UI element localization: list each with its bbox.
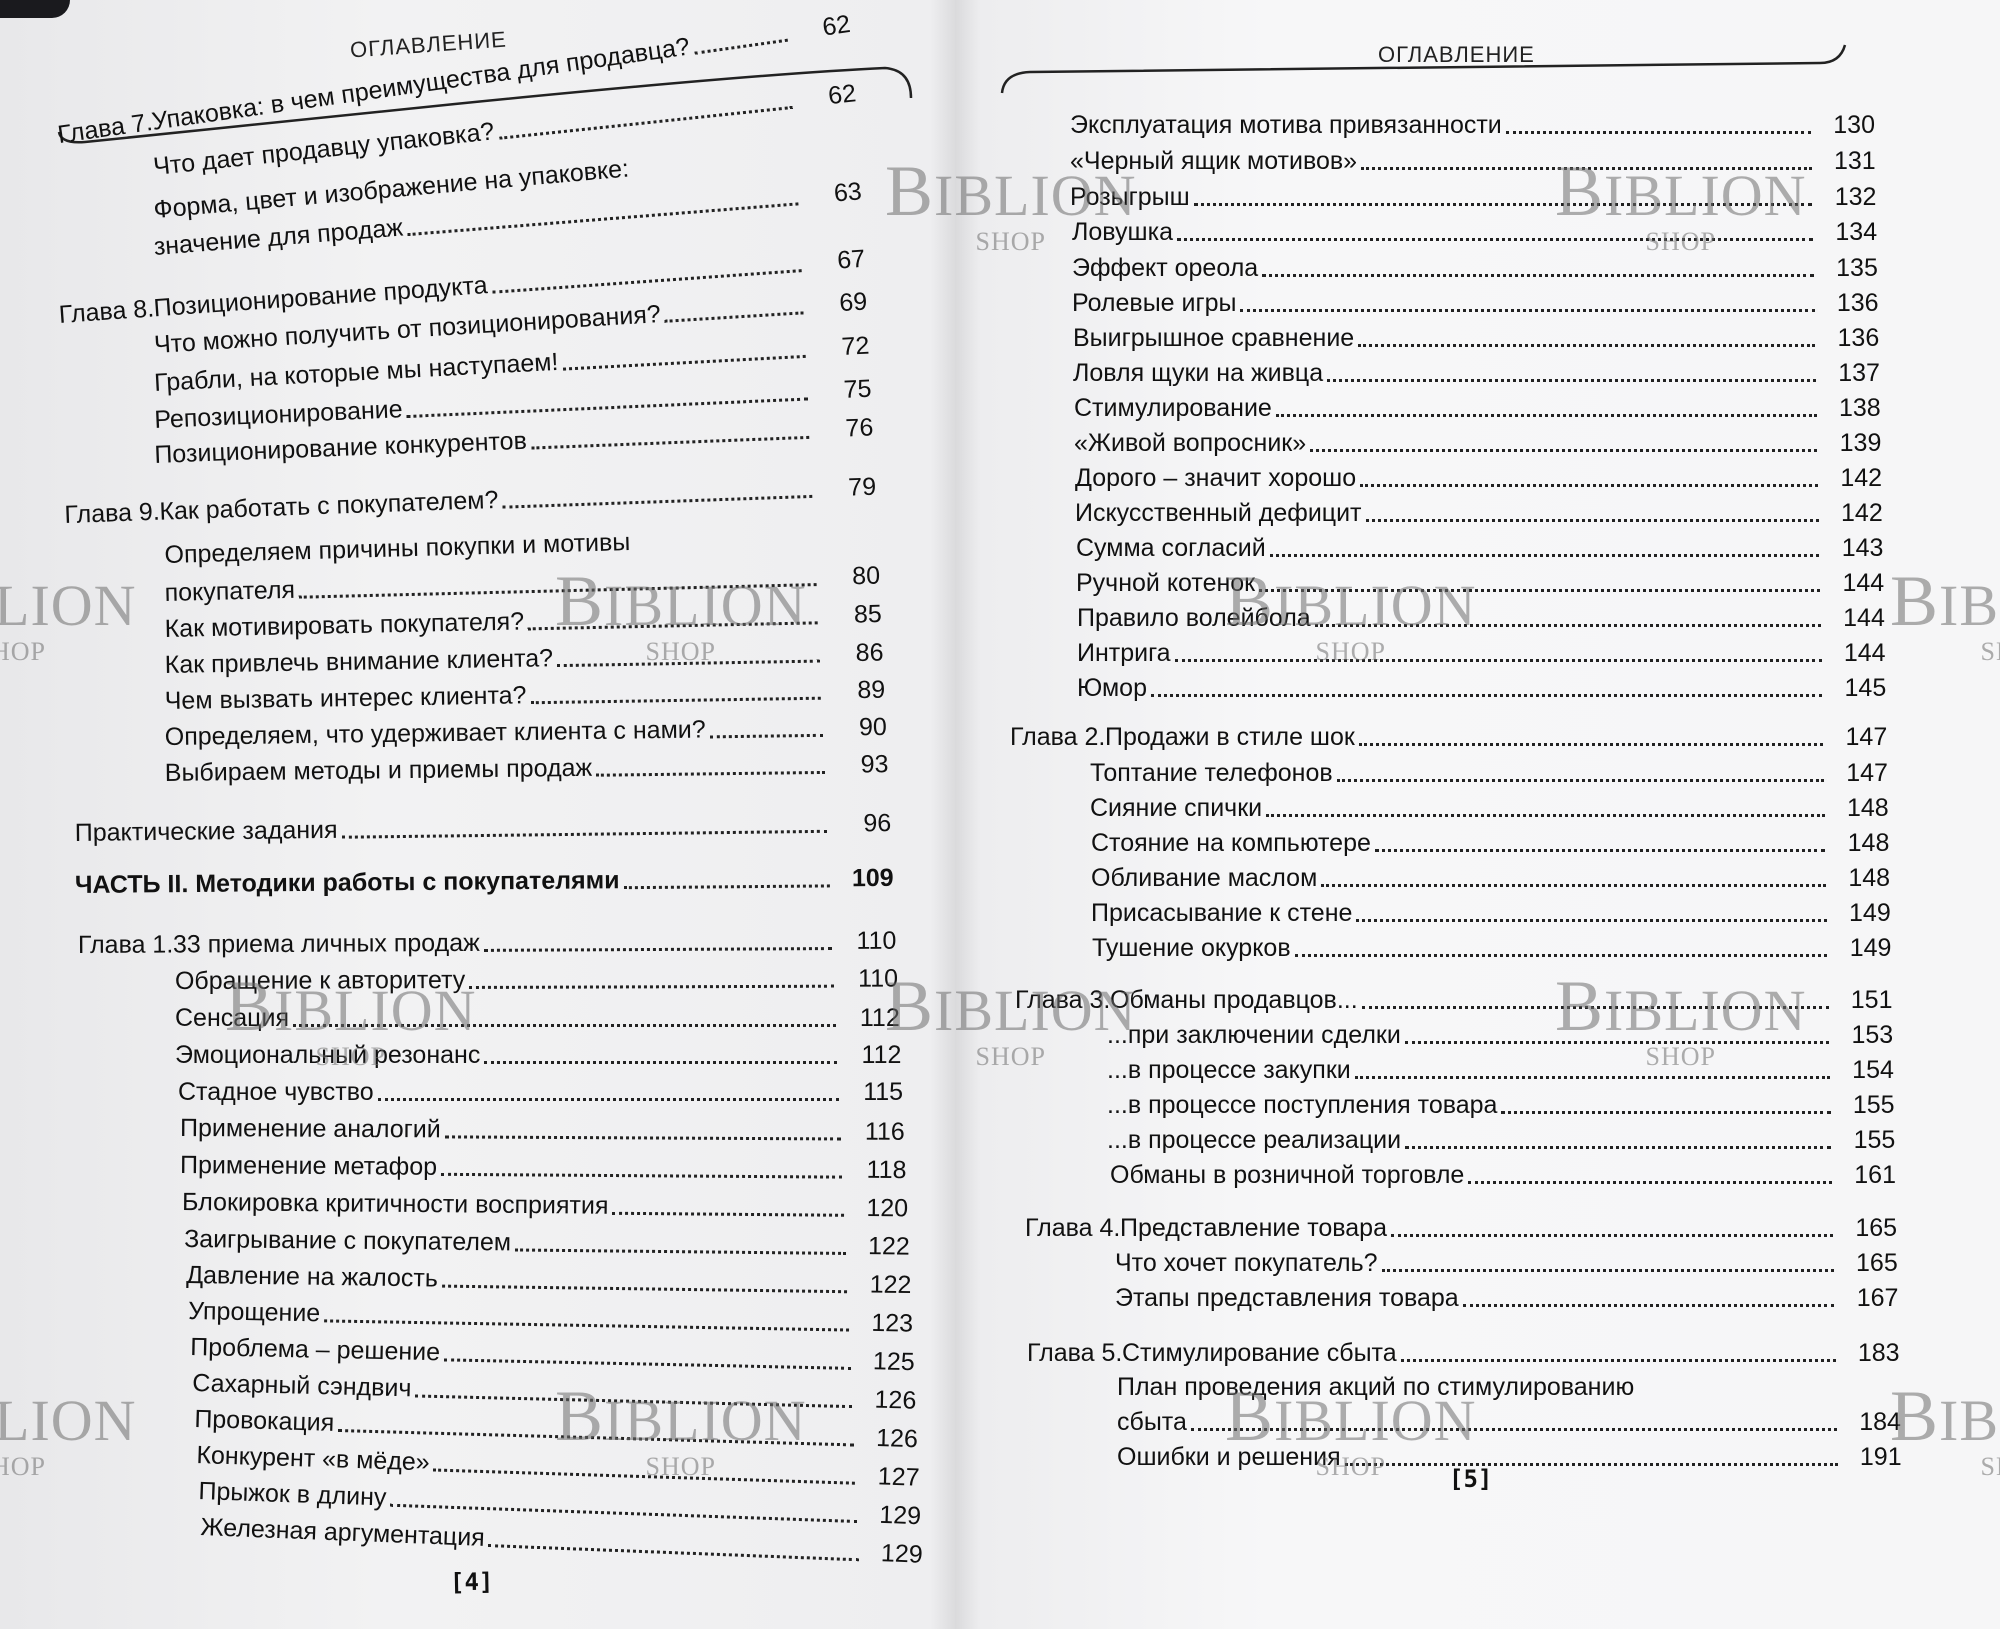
chapter-label: Глава 4.	[1025, 1213, 1120, 1243]
toc-entry: Выбираем методы и приемы продаж93	[165, 749, 889, 788]
leader-dots	[390, 1503, 857, 1523]
leader-dots	[1270, 553, 1820, 557]
page-ref: 89	[827, 675, 885, 706]
leader-dots	[624, 883, 830, 889]
toc-entry: ...в процессе реализации155	[1107, 1125, 1895, 1155]
toc-entry: Применение аналогий116	[180, 1113, 905, 1147]
entry-title: Эффект ореола	[1072, 253, 1258, 283]
page-ref: 129	[864, 1538, 923, 1570]
entry-title: Ловушка	[1072, 217, 1173, 247]
entry-title: Проблема – решение	[190, 1332, 440, 1367]
entry-title: Продажи в стиле шок	[1105, 722, 1355, 752]
leader-dots	[1375, 848, 1825, 852]
leader-dots	[433, 1467, 855, 1484]
toc-entry: ...в процессе поступления товара155	[1107, 1090, 1895, 1120]
toc-entry: Обманы в розничной торговле161	[1110, 1160, 1896, 1190]
entry-title: Розыгрыш	[1070, 182, 1190, 212]
page-ref: 131	[1818, 146, 1876, 176]
entry-title: Упрощение	[188, 1296, 320, 1328]
toc-entry: Сумма согласий143	[1076, 533, 1883, 563]
toc-entry: Заигрывание с покупателем122	[184, 1224, 910, 1262]
toc-entry: Дорого – значит хорошо142	[1075, 463, 1882, 493]
page-ref: 122	[853, 1269, 911, 1300]
toc-entry: Упрощение123	[188, 1296, 913, 1339]
chapter-label: Глава 3.	[1015, 985, 1110, 1015]
leader-dots	[484, 946, 833, 952]
entry-title: Ручной котенок	[1076, 568, 1255, 598]
page-ref	[803, 163, 861, 168]
page-ref: 132	[1818, 182, 1876, 212]
page-ref: 96	[833, 808, 891, 839]
page-ref: 85	[823, 599, 882, 630]
leader-dots	[1362, 1005, 1829, 1009]
toc-entry: Глава 9.Как работать с покупателем?79	[64, 472, 877, 530]
entry-title: Присасывание к стене	[1091, 898, 1352, 928]
leader-dots	[1359, 742, 1823, 746]
leader-dots	[1151, 693, 1822, 697]
entry-title: Провокация	[194, 1404, 335, 1438]
entry-title: Этапы представления товара	[1115, 1283, 1459, 1313]
entry-title: «Живой вопросник»	[1074, 428, 1306, 458]
leader-dots	[1391, 1233, 1833, 1237]
toc-entry: Как привлечь внимание клиента?86	[164, 637, 883, 680]
entry-title: Дорого – значит хорошо	[1075, 463, 1356, 493]
toc-entry: Ролевые игры136	[1072, 288, 1879, 318]
page-ref: 112	[843, 1040, 901, 1070]
leader-dots	[1358, 343, 1815, 347]
toc-entry: Ловля щуки на живца137	[1073, 358, 1880, 388]
entry-title: Стояние на компьютере	[1091, 828, 1371, 858]
leader-dots	[1356, 918, 1826, 922]
entry-title: Представление товара	[1120, 1213, 1387, 1243]
page-ref: 93	[830, 749, 888, 780]
entry-title: Заигрывание с покупателем	[184, 1224, 511, 1257]
entry-title: Стимулирование сбыта	[1122, 1338, 1397, 1368]
entry-title: Сияние спички	[1090, 793, 1262, 823]
entry-title: Интрига	[1077, 638, 1171, 668]
left-page: Оглавление Глава 7.Упаковка: в чем преим…	[0, 0, 955, 1629]
toc-entry: Ошибки и решения191	[1117, 1442, 1902, 1472]
leader-dots	[342, 829, 828, 839]
leader-dots	[445, 1134, 841, 1140]
entry-title: Стадное чувство	[178, 1077, 374, 1107]
toc-entry: Как мотивировать покупателя?85	[164, 599, 882, 644]
entry-title: Выигрышное сравнение	[1073, 323, 1354, 353]
leader-dots	[612, 1211, 844, 1217]
page-ref: 142	[1825, 498, 1883, 528]
leader-dots	[1345, 1462, 1838, 1466]
leader-dots	[1266, 813, 1825, 817]
leader-dots	[634, 545, 814, 551]
page-ref: 109	[835, 863, 893, 894]
toc-entry: Выигрышное сравнение136	[1073, 323, 1879, 353]
left-page-number: [4]	[450, 1568, 494, 1597]
page-ref: 142	[1824, 463, 1882, 493]
entry-title: Как работать с покупателем?	[159, 485, 499, 527]
leader-dots	[531, 435, 810, 450]
page-ref: 79	[818, 472, 877, 504]
entry-title: Применение метафор	[180, 1150, 437, 1182]
entry-title: Эксплуатация мотива привязанности	[1070, 110, 1502, 140]
page-ref: 136	[1821, 323, 1879, 353]
entry-title: Как привлечь внимание клиента?	[164, 643, 553, 680]
leader-dots	[1276, 413, 1817, 417]
leader-dots	[444, 1357, 851, 1370]
entry-title: Ловля щуки на живца	[1073, 358, 1323, 388]
leader-dots	[515, 1247, 846, 1254]
page-ref: 155	[1837, 1125, 1895, 1155]
leader-dots	[1361, 166, 1812, 170]
leader-dots	[528, 620, 818, 630]
entry-title: Что хочет покупатель?	[1115, 1248, 1378, 1278]
entry-title: Сумма согласий	[1076, 533, 1266, 563]
page-ref: 135	[1820, 253, 1878, 283]
page-ref: 69	[808, 286, 868, 319]
page-ref: 147	[1829, 722, 1887, 752]
page-ref: 129	[863, 1499, 922, 1531]
page-ref: 138	[1823, 393, 1881, 423]
toc-entry: Глава 5.Стимулирование сбыта183	[1027, 1338, 1900, 1368]
chapter-label: Глава 1.	[78, 930, 173, 960]
toc-entry: Ловушка134	[1072, 217, 1877, 247]
page-ref: 155	[1837, 1090, 1895, 1120]
page-ref: 67	[806, 244, 866, 278]
toc-entry: Обливание маслом148	[1091, 863, 1890, 893]
page-ref: 130	[1817, 110, 1875, 140]
toc-entry: Присасывание к стене149	[1091, 898, 1891, 928]
page-ref: 144	[1826, 568, 1884, 598]
leader-dots	[441, 1172, 842, 1179]
toc-entry: Розыгрыш132	[1070, 182, 1876, 212]
leader-dots	[407, 396, 808, 418]
page-ref: 72	[811, 331, 870, 364]
toc-entry: Обращение к авторитету110	[175, 963, 898, 996]
toc-entry: Эксплуатация мотива привязанности130	[1070, 110, 1875, 140]
entry-title: ...при заключении сделки	[1107, 1020, 1401, 1050]
leader-dots	[488, 1543, 858, 1561]
page-ref: 116	[847, 1116, 905, 1146]
page-ref	[821, 550, 879, 552]
page-ref: 80	[822, 561, 881, 592]
toc-entry: Глава 4.Представление товара165	[1025, 1213, 1897, 1243]
entry-title: сбыта	[1117, 1407, 1187, 1437]
page-ref: 75	[813, 374, 872, 407]
entry-title: Блокировка критичности восприятия	[182, 1187, 609, 1221]
entry-title: Выбираем методы и приемы продаж	[165, 753, 593, 788]
page-ref: 161	[1838, 1160, 1896, 1190]
leader-dots	[1463, 1303, 1835, 1307]
leader-dots	[1366, 518, 1819, 522]
toc-entry: Этапы представления товара167	[1115, 1283, 1898, 1313]
toc-entry: Что хочет покупатель?165	[1115, 1248, 1898, 1278]
page-ref: 126	[858, 1384, 917, 1415]
toc-entry: «Живой вопросник»139	[1074, 428, 1881, 458]
leader-dots	[1337, 778, 1824, 782]
leader-dots	[484, 1060, 837, 1064]
leader-dots	[1295, 953, 1828, 957]
leader-dots	[1405, 1040, 1829, 1044]
page-ref: 139	[1823, 428, 1881, 458]
toc-entry: Стояние на компьютере148	[1091, 828, 1889, 858]
page-ref: 122	[852, 1231, 910, 1262]
page-ref: 165	[1839, 1213, 1897, 1243]
leader-dots	[492, 268, 802, 294]
page-ref: 63	[803, 176, 863, 210]
leader-dots	[415, 1393, 852, 1408]
page-ref: 145	[1828, 673, 1886, 703]
entry-title: План проведения акций по стимулированию	[1117, 1372, 1634, 1402]
entry-title: ...в процессе закупки	[1107, 1055, 1351, 1085]
leader-dots	[299, 582, 816, 599]
toc-entry: ...в процессе закупки154	[1107, 1055, 1894, 1085]
leader-dots	[1405, 1145, 1831, 1149]
page-ref: 144	[1828, 638, 1886, 668]
entry-title: Конкурент «в мёде»	[196, 1440, 430, 1477]
page-ref: 120	[850, 1193, 908, 1224]
toc-entry: Применение метафор118	[180, 1150, 907, 1185]
leader-dots	[1262, 273, 1814, 277]
entry-title: Практические задания	[75, 815, 338, 848]
leader-dots	[338, 1428, 854, 1446]
page-ref: 137	[1822, 358, 1880, 388]
page-ref: 148	[1831, 793, 1889, 823]
toc-entry: Правило волейбола144	[1077, 603, 1885, 633]
right-header-rule	[1000, 45, 1860, 95]
entry-title: Чем вызвать интерес клиента?	[165, 680, 527, 716]
page-ref: 151	[1835, 985, 1893, 1015]
toc-entry: Определяем, что удерживает клиента с нам…	[165, 712, 887, 752]
leader-dots	[1506, 130, 1811, 134]
entry-title: «Черный ящик мотивов»	[1070, 146, 1357, 176]
leader-dots	[1321, 883, 1826, 887]
entry-title: покупателя	[164, 575, 295, 608]
entry-title: Прыжок в длину	[198, 1476, 387, 1513]
entry-title: Эмоциональный резонанс	[175, 1040, 480, 1070]
page-ref: 86	[825, 637, 884, 668]
toc-entry: Сенсация112	[175, 1003, 900, 1033]
entry-title: Стимулирование	[1074, 393, 1272, 423]
leader-dots	[1638, 1395, 1836, 1396]
entry-title: Определяем, что удерживает клиента с нам…	[165, 714, 706, 752]
page-ref: 183	[1842, 1338, 1900, 1368]
entry-title: Ролевые игры	[1072, 288, 1236, 318]
toc-entry: Эмоциональный резонанс112	[175, 1040, 901, 1070]
right-page: Оглавление Эксплуатация мотива привязанн…	[955, 0, 2000, 1629]
entry-title: ЧАСТЬ II. Методики работы с покупателями	[75, 865, 620, 900]
toc-entry: «Черный ящик мотивов»131	[1070, 146, 1876, 176]
page-ref: 134	[1819, 217, 1877, 247]
toc-entry: ...при заключении сделки153	[1107, 1020, 1893, 1050]
chapter-label: Глава 8.	[58, 293, 155, 330]
leader-dots	[1315, 623, 1821, 627]
entry-title: Применение аналогий	[180, 1113, 441, 1144]
page-ref: 62	[797, 78, 858, 114]
page-ref: 191	[1844, 1442, 1902, 1472]
entry-title: Сахарный сэндвич	[192, 1368, 412, 1403]
page-ref: 148	[1831, 828, 1889, 858]
entry-title: Ошибки и решения	[1117, 1442, 1341, 1472]
page-ref: 148	[1832, 863, 1890, 893]
page-ref: 125	[856, 1346, 915, 1377]
entry-title: Сенсация	[175, 1003, 289, 1033]
chapter-label: Глава 5.	[1027, 1338, 1122, 1368]
toc-entry: Давление на жалость122	[186, 1260, 912, 1300]
page-ref: 144	[1827, 603, 1885, 633]
page-ref: 123	[855, 1308, 914, 1339]
leader-dots	[1191, 1427, 1837, 1431]
leader-dots	[557, 659, 820, 668]
entry-title: Обманы в розничной торговле	[1110, 1160, 1464, 1190]
toc-entry: Юмор145	[1077, 673, 1886, 703]
leader-dots	[1501, 1110, 1830, 1114]
page-ref: 76	[815, 412, 874, 444]
chapter-label: Глава 2.	[1010, 722, 1105, 752]
entry-title: ...в процессе поступления товара	[1107, 1090, 1497, 1120]
leader-dots	[1194, 202, 1813, 206]
page-ref: 184	[1843, 1407, 1901, 1437]
toc-entry: Глава 3.Обманы продавцов...151	[1015, 985, 1893, 1015]
page-ref: 154	[1836, 1055, 1894, 1085]
entry-title: Как мотивировать покупателя?	[164, 606, 524, 644]
leader-dots	[596, 770, 824, 777]
leader-dots	[407, 201, 798, 236]
toc-entry: Ручной котенок144	[1076, 568, 1884, 598]
entry-title: Искусственный дефицит	[1075, 498, 1362, 528]
leader-dots	[1327, 378, 1816, 382]
leader-dots	[710, 733, 823, 739]
page-ref: 153	[1835, 1020, 1893, 1050]
leader-dots	[502, 494, 812, 509]
leader-dots	[1401, 1358, 1836, 1362]
toc-entry: Практические задания96	[75, 808, 892, 848]
toc-entry: Тушение окурков149	[1092, 933, 1891, 963]
leader-dots	[531, 696, 822, 705]
leader-dots	[1382, 1268, 1834, 1272]
toc-entry: Глава 2.Продажи в стиле шок147	[1010, 722, 1887, 752]
toc-entry: Глава 1.33 приема личных продаж110	[78, 926, 897, 960]
entry-title: Железная аргументация	[200, 1512, 485, 1553]
leader-dots	[634, 162, 797, 177]
page-ref: 110	[838, 926, 896, 956]
toc-entry: Стадное чувство115	[178, 1077, 903, 1107]
leader-dots	[1175, 658, 1822, 662]
toc-entry: Чем вызвать интерес клиента?89	[165, 675, 886, 716]
page-ref: 165	[1840, 1248, 1898, 1278]
entry-title: Обращение к авторитету	[175, 965, 465, 996]
entry-title: Тушение окурков	[1092, 933, 1291, 963]
page-ref: 136	[1821, 288, 1879, 318]
leader-dots	[1177, 237, 1813, 241]
page-ref: 115	[845, 1077, 903, 1107]
leader-dots	[1360, 483, 1818, 487]
entry-title: Давление на жалость	[186, 1260, 438, 1294]
leader-dots	[665, 310, 804, 322]
leader-dots	[1240, 308, 1814, 312]
page-ref: 118	[848, 1155, 906, 1185]
right-page-number: [5]	[1449, 1465, 1492, 1493]
entry-title: 33 приема личных продаж	[173, 928, 480, 960]
toc-entry: Блокировка критичности восприятия120	[182, 1187, 908, 1223]
leader-dots	[378, 1097, 839, 1101]
entry-title: Определяем причины покупки и мотивы	[164, 527, 631, 570]
leader-dots	[293, 1023, 836, 1027]
toc-entry: Топтание телефонов147	[1090, 758, 1888, 788]
page-ref: 149	[1833, 933, 1891, 963]
leader-dots	[469, 984, 834, 989]
toc-entry: Эффект ореола135	[1072, 253, 1878, 283]
leader-dots	[1355, 1075, 1830, 1079]
chapter-label: Глава 9.	[64, 497, 160, 530]
page-ref: 127	[861, 1461, 920, 1493]
toc-entry: Искусственный дефицит142	[1075, 498, 1883, 528]
entry-title: Репозиционирование	[154, 394, 403, 435]
toc-entry: Стимулирование138	[1074, 393, 1881, 423]
entry-title: Правило волейбола	[1077, 603, 1311, 633]
page-ref: 112	[842, 1003, 900, 1033]
toc-entry: ЧАСТЬ II. Методики работы с покупателями…	[75, 863, 894, 900]
entry-title: Топтание телефонов	[1090, 758, 1333, 788]
leader-dots	[324, 1318, 849, 1331]
entry-title: ...в процессе реализации	[1107, 1125, 1401, 1155]
page-ref: 110	[840, 963, 898, 993]
leader-dots	[442, 1284, 848, 1294]
leader-dots	[563, 354, 806, 371]
toc-entry: План проведения акций по стимулированию	[1117, 1372, 1900, 1402]
page-ref: 143	[1825, 533, 1883, 563]
entry-title: Обливание маслом	[1091, 863, 1317, 893]
toc-entry: Интрига144	[1077, 638, 1886, 668]
book-cover-corner	[0, 0, 70, 18]
entry-title: Обманы продавцов...	[1110, 985, 1358, 1015]
toc-entry: Сияние спички148	[1090, 793, 1889, 823]
page-ref: 147	[1830, 758, 1888, 788]
leader-dots	[1259, 588, 1820, 592]
page-ref: 90	[829, 712, 887, 743]
book-gutter-shadow	[930, 0, 980, 1629]
entry-title: Юмор	[1077, 673, 1147, 703]
page-ref: 126	[860, 1423, 919, 1455]
page-ref: 167	[1840, 1283, 1898, 1313]
toc-entry: сбыта184	[1117, 1407, 1901, 1437]
leader-dots	[1310, 448, 1817, 452]
leader-dots	[1468, 1180, 1832, 1184]
page-ref: 149	[1833, 898, 1891, 928]
